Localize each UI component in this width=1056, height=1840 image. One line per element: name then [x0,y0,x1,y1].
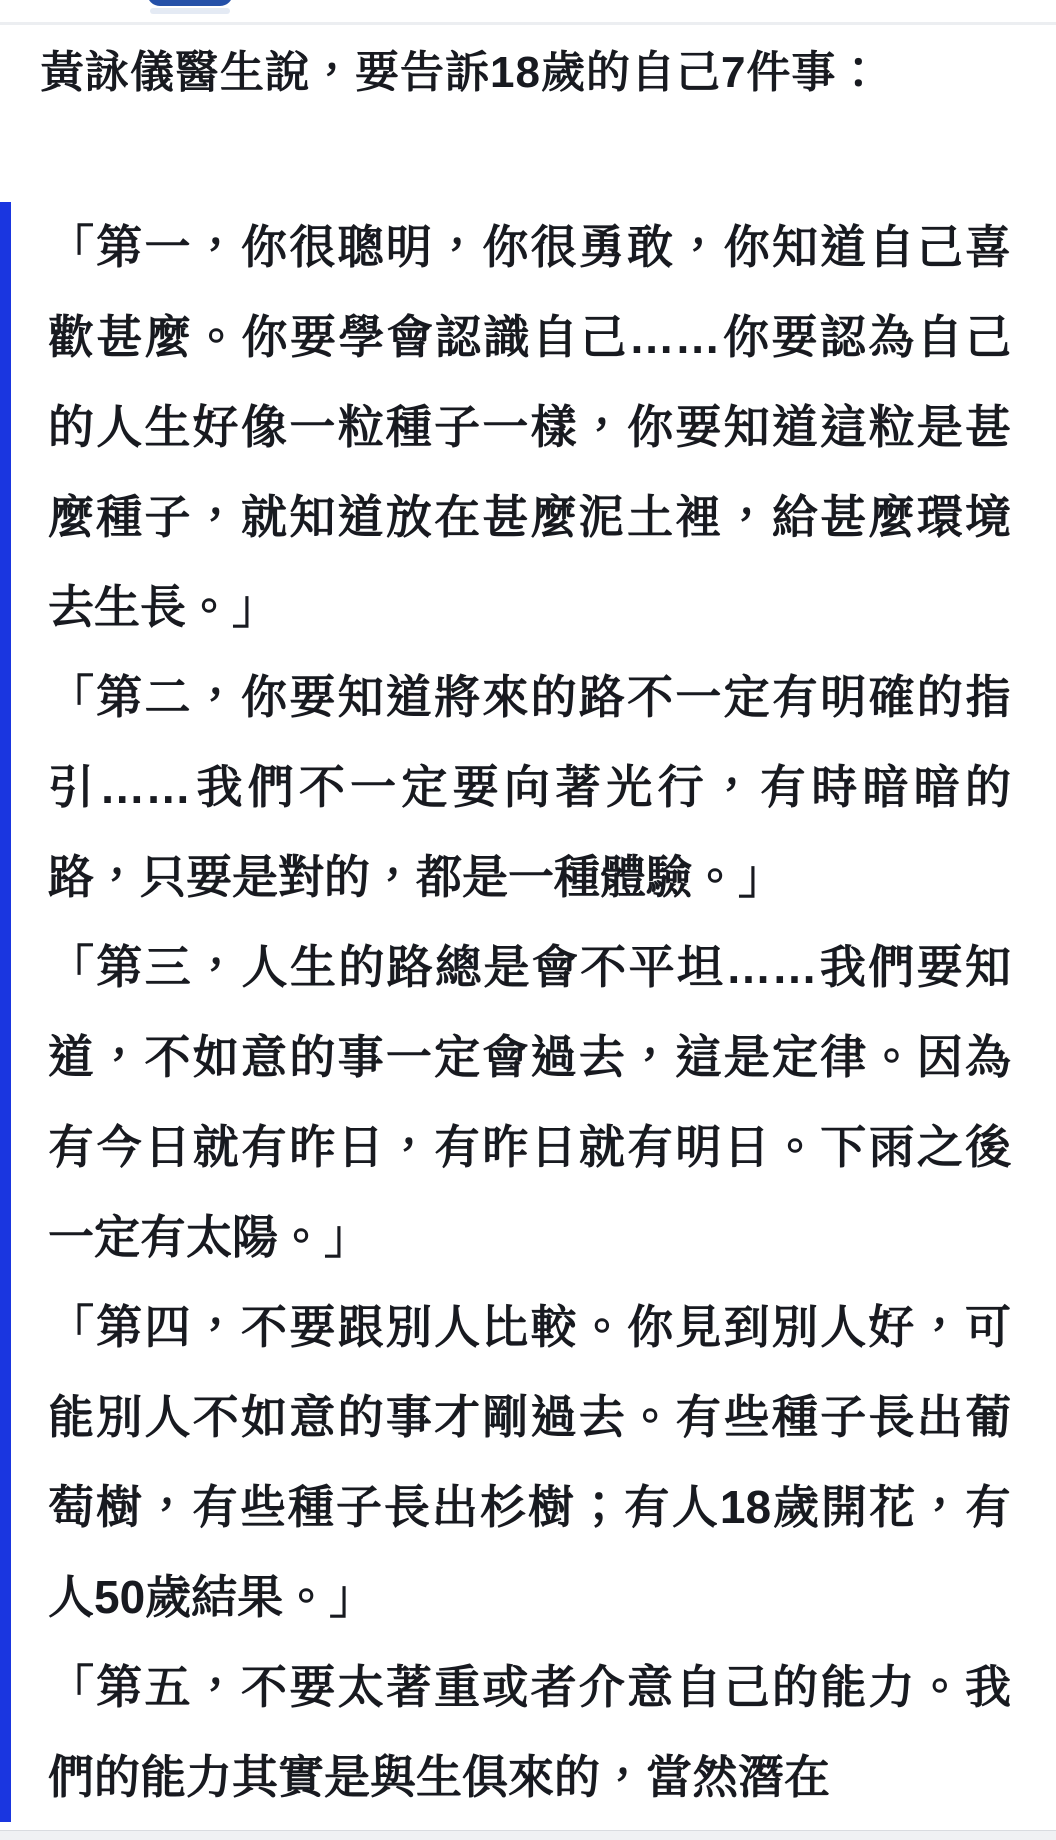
bottom-section [0,1830,1056,1840]
post-title: 黃詠儀醫生說，要告訴18歲的自己7件事： [40,47,1016,100]
top-strip [0,0,1056,22]
quote-paragraph-2: 「第二，你要知道將來的路不一定有明確的指引……我們不一定要向著光行，有時暗暗的路… [48,652,1011,922]
quote-paragraph-4: 「第四，不要跟別人比較。你見到別人好，可能別人不如意的事才剛過去。有些種子長出葡… [48,1282,1011,1642]
quote-paragraph-1: 「第一，你很聰明，你很勇敢，你知道自己喜歡甚麼。你要學會認識自己……你要認為自己… [48,202,1011,652]
quote-block: 「第一，你很聰明，你很勇敢，你知道自己喜歡甚麼。你要學會認識自己……你要認為自己… [0,202,1011,1822]
cropped-blue-button-shadow [150,8,230,14]
quote-paragraph-5: 「第五，不要太著重或者介意自己的能力。我們的能力其實是與生俱來的，當然潛在 [48,1642,1011,1822]
cropped-blue-button[interactable] [147,0,233,6]
quote-paragraph-3: 「第三，人生的路總是會不平坦……我們要知道，不如意的事一定會過去，這是定律。因為… [48,922,1011,1282]
section-divider [0,22,1056,25]
